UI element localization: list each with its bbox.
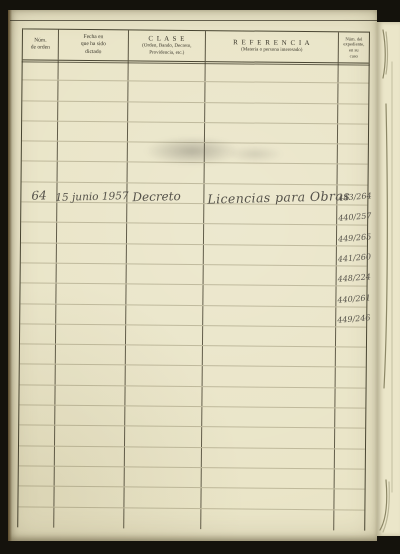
table-cell (123, 508, 200, 529)
table-cell (202, 306, 335, 327)
table-cell (22, 162, 57, 182)
table-cell (20, 304, 55, 324)
table-cell (334, 388, 365, 408)
table-cell (123, 488, 200, 508)
table-cell (18, 487, 53, 507)
table-cell (200, 509, 333, 531)
table-cell (127, 82, 204, 102)
page-edge-curl-lines (377, 22, 400, 536)
table-cell (201, 448, 334, 469)
column-header-referencia: R E F E R E N C I A (Materia o persona i… (205, 31, 338, 62)
table-cell (200, 488, 333, 509)
table-cell (125, 366, 202, 386)
table-cell (202, 285, 335, 306)
table-cell (18, 507, 53, 528)
table-cell (56, 203, 126, 223)
handwritten-entry: 448/224 (337, 273, 371, 285)
table-cell (333, 510, 364, 531)
table-cell (201, 387, 334, 408)
table-cell: 64 (21, 182, 56, 202)
table-cell (23, 60, 58, 80)
table-cell (127, 102, 204, 122)
table-cell (55, 345, 125, 365)
header-line: dictado (85, 48, 101, 55)
table-cell (334, 469, 365, 489)
underlying-page-edges (377, 22, 400, 536)
table-cell (335, 327, 366, 347)
table-cell: Decreto (126, 183, 203, 203)
table-cell (338, 63, 369, 83)
registry-table: Núm. de orden Fecha en que ha sido dicta… (17, 28, 370, 530)
table-cell (126, 244, 203, 264)
table-cell (204, 164, 337, 185)
table-cell (55, 325, 125, 345)
table-cell (54, 385, 124, 405)
table-cell (335, 348, 366, 368)
table-cell: 440/257 (336, 205, 371, 225)
column-header-clase: C L A S E (Orden, Bando, Decreto, Provid… (128, 30, 205, 61)
table-cell (337, 165, 368, 185)
table-cell (57, 81, 127, 101)
table-cell (54, 467, 124, 487)
header-line: caso (350, 53, 358, 59)
table-cell (201, 468, 334, 489)
handwritten-entry: Licencias para Obras (207, 188, 350, 207)
table-cell (19, 405, 54, 425)
table-cell (21, 263, 56, 283)
table-cell (125, 325, 202, 345)
header-subline: Providencia, etc.) (149, 50, 184, 57)
handwritten-entry: 440/257 (338, 212, 372, 224)
table-cell (204, 103, 337, 124)
table-cell (124, 406, 201, 426)
table-cell (125, 345, 202, 365)
table-cell (201, 407, 334, 428)
handwritten-entry: 443/264 (338, 191, 372, 203)
header-title: C L A S E (148, 34, 185, 43)
table-cell (337, 124, 368, 144)
table-cell (19, 385, 54, 405)
handwritten-entry: 440/261 (337, 293, 371, 305)
table-cell: Licencias para Obras (203, 184, 336, 205)
table-cell (204, 82, 337, 103)
table-cell (205, 62, 338, 83)
table-cell (20, 324, 55, 344)
table-cell (22, 142, 57, 162)
table-cell (337, 145, 368, 165)
table-cell (202, 326, 335, 347)
table-cell (128, 61, 205, 81)
table-cell (19, 466, 54, 486)
handwritten-entry: 15 junio 1957 (55, 190, 128, 204)
handwritten-entry: 449/246 (337, 313, 371, 325)
table-cell: 448/224 (336, 266, 371, 286)
table-cell (125, 285, 202, 305)
table-cell (126, 203, 203, 223)
handwritten-entry: 441/260 (338, 252, 372, 264)
table-cell (54, 446, 124, 466)
scanned-ledger-page: Núm. de orden Fecha en que ha sido dicta… (0, 0, 400, 554)
table-cell (53, 507, 123, 528)
table-cell (56, 243, 126, 263)
table-cell (21, 202, 56, 222)
table-cell (124, 467, 201, 487)
ink-smudge (146, 137, 238, 165)
table-cell (53, 487, 123, 507)
table-cell (54, 406, 124, 426)
table-body: 6415 junio 1957DecretoLicencias para Obr… (18, 60, 368, 530)
table-cell (21, 243, 56, 263)
table-cell (124, 386, 201, 406)
table-cell: 440/261 (335, 287, 370, 307)
table-cell (337, 104, 368, 124)
handwritten-entry: 64 (31, 188, 47, 202)
table-cell (124, 447, 201, 467)
table-cell (203, 204, 336, 225)
table-cell: 441/260 (336, 246, 371, 266)
table-cell (202, 346, 335, 367)
table-cell (337, 84, 368, 104)
table-cell (333, 490, 364, 510)
table-cell (335, 368, 366, 388)
book-page-edges (377, 0, 400, 554)
column-header-num-expediente: Núm. del expediente, en su caso (338, 32, 369, 62)
header-subline: (Materia o persona interesado) (241, 48, 302, 55)
table-cell (57, 162, 127, 182)
table-cell (22, 81, 57, 101)
table-cell (55, 284, 125, 304)
table-cell (57, 142, 127, 162)
table-cell (21, 223, 56, 243)
table-cell (126, 224, 203, 244)
table-cell: 449/246 (335, 307, 370, 327)
table-cell (57, 101, 127, 121)
table-cell (20, 365, 55, 385)
table-cell (58, 61, 128, 81)
table-cell (19, 446, 54, 466)
table-cell (334, 408, 365, 428)
table-cell (203, 224, 336, 245)
table-cell (334, 429, 365, 449)
table-cell (22, 101, 57, 121)
table-cell (56, 264, 126, 284)
table-cell: 449/265 (336, 226, 371, 246)
table-row: 6415 junio 1957DecretoLicencias para Obr… (21, 182, 367, 206)
table-cell: 15 junio 1957 (56, 182, 126, 202)
table-cell (334, 449, 365, 469)
column-header-num-orden: Núm. de orden (23, 29, 58, 59)
table-cell (55, 304, 125, 324)
page-top-rule (10, 20, 377, 21)
table-header: Núm. de orden Fecha en que ha sido dicta… (23, 29, 369, 63)
table-cell (203, 265, 336, 286)
table-cell (125, 305, 202, 325)
table-row (18, 507, 364, 531)
table-cell (124, 427, 201, 447)
table-cell (57, 122, 127, 142)
table-cell (54, 426, 124, 446)
table-cell (22, 121, 57, 141)
handwritten-entry: Decreto (132, 189, 181, 204)
column-header-fecha: Fecha en que ha sido dictado (58, 30, 128, 61)
header-line: de orden (31, 44, 50, 51)
table-cell (55, 365, 125, 385)
table-cell (127, 163, 204, 183)
table-cell (56, 223, 126, 243)
table-cell (126, 264, 203, 284)
table-cell (203, 245, 336, 266)
table-cell (19, 426, 54, 446)
table-cell (201, 427, 334, 448)
handwritten-entry: 449/265 (338, 232, 372, 244)
table-cell (20, 344, 55, 364)
table-cell (202, 367, 335, 388)
table-cell (20, 284, 55, 304)
ink-smudge (228, 146, 282, 162)
